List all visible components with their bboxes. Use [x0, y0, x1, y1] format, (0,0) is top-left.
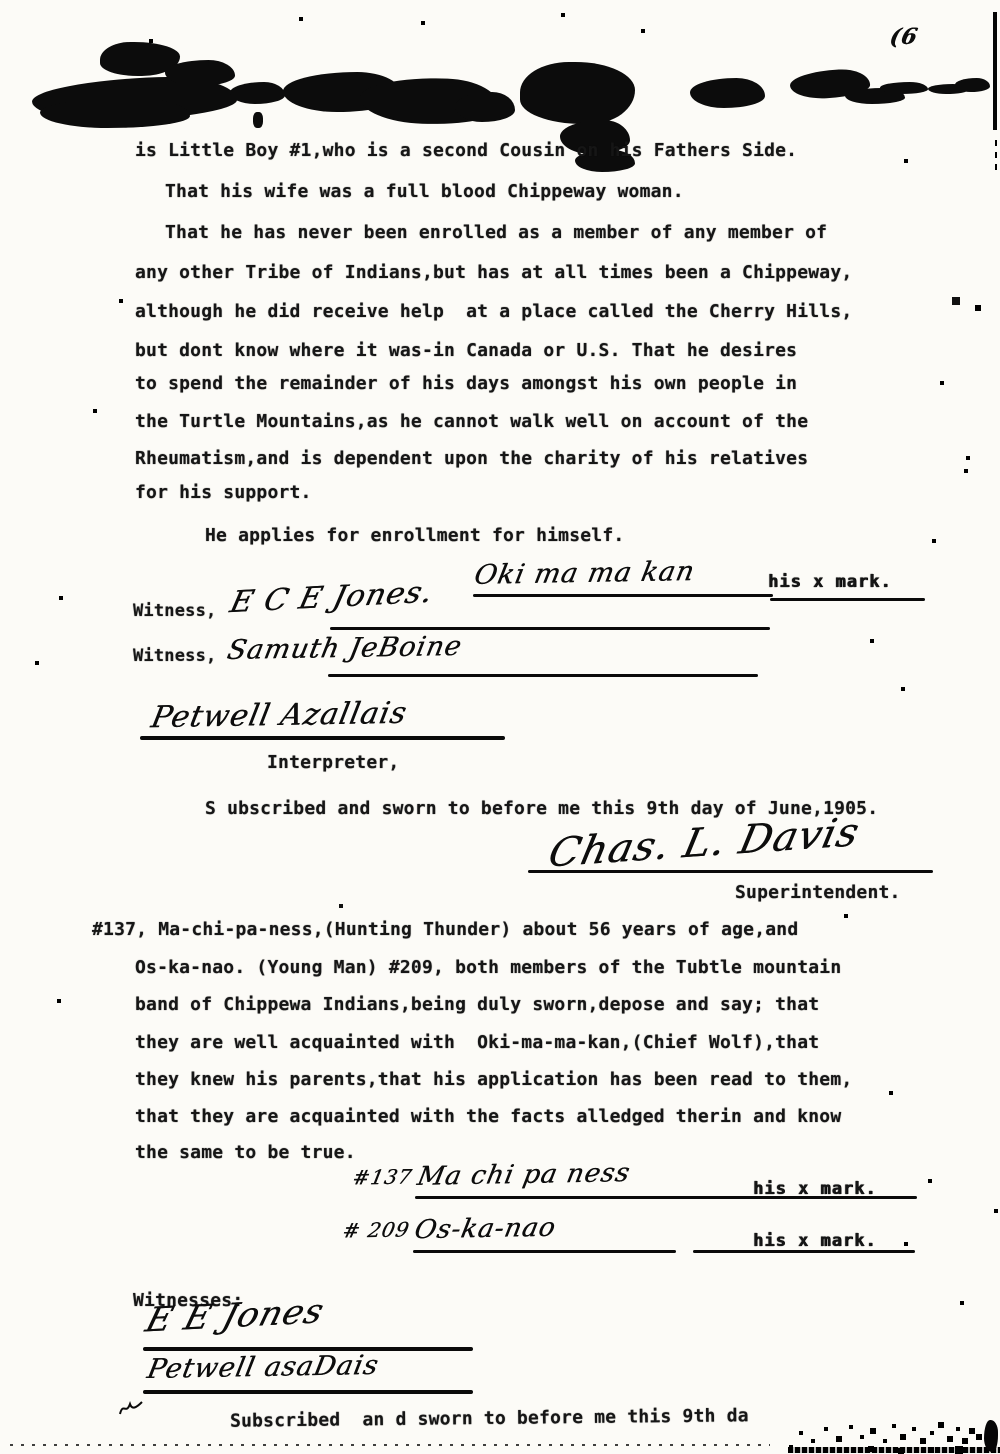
affidavit1-line: the Turtle Mountains,as he cannot walk w… — [135, 411, 808, 433]
applicant-signature: Oki ma ma kan — [472, 556, 698, 591]
signature-line — [770, 598, 925, 601]
signature-line — [528, 870, 933, 873]
bottom-scan-noise-line — [10, 1444, 770, 1446]
ink-smudge-blob — [520, 62, 635, 124]
affidavit1-line: any other Tribe of Indians,but has at al… — [135, 262, 852, 284]
ink-smudge-blob — [253, 112, 263, 128]
affidavit2-line: that they are acquainted with the facts … — [135, 1106, 841, 1128]
affidavit2-line: they are well acquainted with Oki-ma-ma-… — [135, 1032, 819, 1054]
deponent2-his-mark-label: his x mark. — [753, 1230, 877, 1252]
affidavit2-line: the same to be true. — [135, 1142, 356, 1164]
affidavit1-line: to spend the remainder of his days among… — [135, 373, 797, 395]
witness2-signature: Samuth JeBoine — [225, 631, 465, 666]
affidavit2-line: #137, Ma-chi-pa-ness,(Hunting Thunder) a… — [92, 919, 798, 941]
jurat2-text: Subscribed an d sworn to before me this … — [230, 1405, 749, 1432]
affidavit1-line: That he has never been enrolled as a mem… — [165, 222, 827, 244]
affidavit1-line: is Little Boy #1,who is a second Cousin … — [135, 140, 797, 162]
signature-line — [413, 1250, 676, 1253]
signature-line — [140, 736, 505, 740]
signature-line — [330, 627, 770, 630]
signature-line — [143, 1390, 473, 1394]
corner-page-mark: (6 — [887, 24, 920, 50]
witness2-label: Witness, — [133, 645, 216, 667]
bottom-scan-noise-bar — [788, 1447, 1000, 1453]
marginal-handwritten-mark — [118, 1398, 144, 1418]
affidavit1-line: although he did receive help at a place … — [135, 301, 852, 323]
ink-smudge-blob — [880, 82, 928, 94]
affidavit1-line: Rheumatism,and is dependent upon the cha… — [135, 448, 808, 470]
signature-line — [473, 594, 773, 597]
bottom-witness1-signature: E E Jones — [141, 1291, 328, 1340]
ink-smudge-blob — [40, 98, 190, 128]
witness1-signature: E C E Jones. — [227, 575, 437, 620]
witness1-label: Witness, — [133, 600, 216, 622]
affidavit1-line: for his support. — [135, 482, 312, 504]
signature-line — [328, 674, 758, 677]
deponent2-signature: Os-ka-nao — [412, 1213, 559, 1245]
deponent2-number: # 209 — [341, 1217, 412, 1242]
deponent1-his-mark-label: his x mark. — [753, 1178, 877, 1200]
affidavit2-line: Os-ka-nao. (Young Man) #209, both member… — [135, 957, 841, 979]
affidavit1-line: That his wife was a full blood Chippeway… — [165, 181, 684, 203]
bottom-scan-speckles — [0, 0, 2, 2]
applicant-his-mark-label: his x mark. — [768, 571, 892, 593]
scan-edge-line — [993, 12, 997, 130]
ink-smudge-blob — [955, 78, 990, 92]
scan-edge-dashes — [995, 136, 997, 170]
ink-smudge-blob — [230, 82, 285, 104]
ink-smudge-blob — [165, 60, 235, 86]
affidavit1-line: He applies for enrollment for himself. — [205, 525, 624, 547]
scanned-affidavit-page: (6 is Little Boy #1,who is a second Cous… — [0, 0, 1000, 1454]
affidavit2-line: band of Chippewa Indians,being duly swor… — [135, 994, 819, 1016]
interpreter-label: Interpreter, — [267, 752, 399, 774]
ink-smudge-blob — [455, 92, 515, 122]
interpreter-signature: Petwell Azallais — [148, 696, 410, 735]
bottom-scan-noise-blob — [984, 1420, 998, 1452]
deponent1-signature: Ma chi pa ness — [415, 1158, 633, 1192]
superintendent-label: Superintendent. — [735, 882, 901, 904]
deponent1-number: #137 — [351, 1164, 415, 1189]
affidavit1-line: but dont know where it was-in Canada or … — [135, 340, 797, 362]
ink-smudge-blob — [690, 78, 765, 108]
bottom-witness2-signature: Petwell asaDais — [145, 1350, 382, 1385]
affidavit2-line: they knew his parents,that his applicati… — [135, 1069, 852, 1091]
